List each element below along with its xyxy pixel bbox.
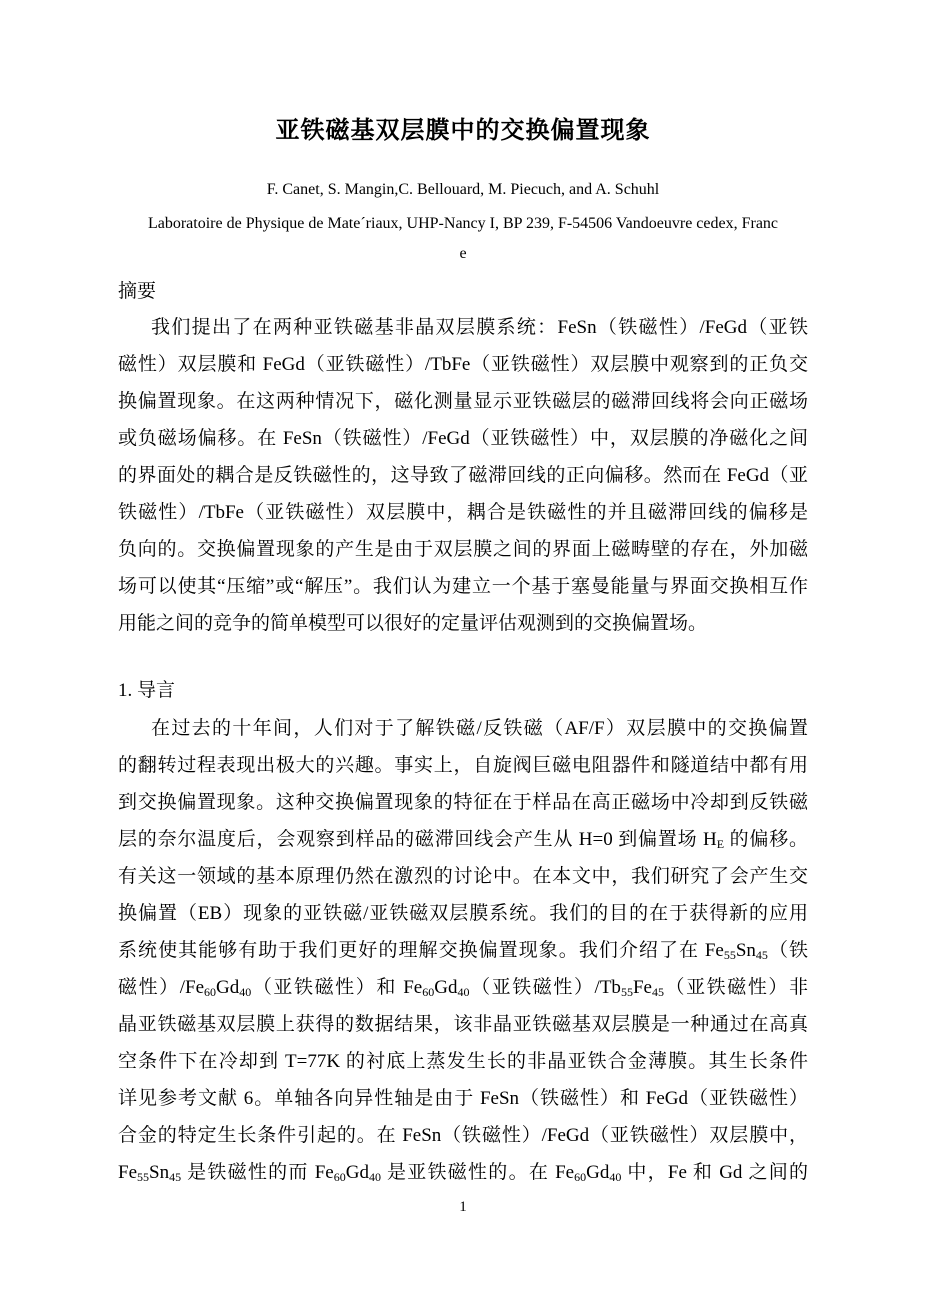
paragraph-line: 到交换偏置现象。这种交换偏置现象的特征在于样品在高正磁场中冷却到反铁磁 (118, 784, 808, 821)
subscript-text: 60 (574, 1170, 586, 1184)
paragraph-line: 用能之间的竞争的简单模型可以很好的定量评估观测到的交换偏置场。 (118, 605, 808, 642)
subscript-text: 45 (756, 948, 768, 962)
paragraph-line: 有关这一领域的基本原理仍然在激烈的讨论中。在本文中，我们研究了会产生交 (118, 858, 808, 895)
subscript-text: 40 (369, 1170, 381, 1184)
subscript-text: 55 (137, 1170, 149, 1184)
subscript-text: 45 (652, 985, 664, 999)
affiliation-overflow-line: e (118, 243, 808, 265)
paragraph-line: 铁磁性）/TbFe（亚铁磁性）双层膜中，耦合是铁磁性的并且磁滞回线的偏移是 (118, 494, 808, 531)
subscript-text: 40 (239, 985, 251, 999)
subscript-text: 40 (609, 1170, 621, 1184)
abstract-heading: 摘要 (118, 279, 808, 305)
introduction-paragraph: 在过去的十年间，人们对于了解铁磁/反铁磁（AF/F）双层膜中的交换偏置的翻转过程… (118, 710, 808, 1191)
paragraph-line: Fe55Sn45 是铁磁性的而 Fe60Gd40 是亚铁磁性的。在 Fe60Gd… (118, 1154, 808, 1191)
subscript-text: 60 (422, 985, 434, 999)
paragraph-line: 我们提出了在两种亚铁磁基非晶双层膜系统：FeSn（铁磁性）/FeGd（亚铁 (118, 309, 808, 346)
paragraph-line: 合金的特定生长条件引起的。在 FeSn（铁磁性）/FeGd（亚铁磁性）双层膜中， (118, 1117, 808, 1154)
affiliation-line: Laboratoire de Physique de Mate´riaux, U… (118, 213, 808, 235)
subscript-text: 60 (334, 1170, 346, 1184)
page-number: 1 (118, 1197, 808, 1218)
paragraph-line: 场可以使其“压缩”或“解压”。我们认为建立一个基于塞曼能量与界面交换相互作 (118, 568, 808, 605)
subscript-text: E (717, 837, 724, 851)
subscript-text: 55 (724, 948, 736, 962)
page-title: 亚铁磁基双层膜中的交换偏置现象 (118, 113, 808, 149)
paragraph-line: 在过去的十年间，人们对于了解铁磁/反铁磁（AF/F）双层膜中的交换偏置 (118, 710, 808, 747)
subscript-text: 45 (169, 1170, 181, 1184)
abstract-paragraph: 我们提出了在两种亚铁磁基非晶双层膜系统：FeSn（铁磁性）/FeGd（亚铁磁性）… (118, 309, 808, 642)
subscript-text: 55 (621, 985, 633, 999)
paragraph-line: 负向的。交换偏置现象的产生是由于双层膜之间的界面上磁畴壁的存在，外加磁 (118, 531, 808, 568)
paragraph-line: 系统使其能够有助于我们更好的理解交换偏置现象。我们介绍了在 Fe55Sn45（铁 (118, 932, 808, 969)
document-page: 亚铁磁基双层膜中的交换偏置现象 F. Canet, S. Mangin,C. B… (0, 0, 926, 1309)
subscript-text: 40 (457, 985, 469, 999)
subscript-text: 60 (204, 985, 216, 999)
authors-line: F. Canet, S. Mangin,C. Bellouard, M. Pie… (118, 179, 808, 201)
paragraph-line: 或负磁场偏移。在 FeSn（铁磁性）/FeGd（亚铁磁性）中，双层膜的净磁化之间 (118, 420, 808, 457)
paragraph-line: 晶亚铁磁基双层膜上获得的数据结果，该非晶亚铁磁基双层膜是一种通过在高真 (118, 1006, 808, 1043)
paragraph-line: 空条件下在冷却到 T=77K 的衬底上蒸发生长的非晶亚铁合金薄膜。其生长条件 (118, 1043, 808, 1080)
paragraph-line: 换偏置现象。在这两种情况下，磁化测量显示亚铁磁层的磁滞回线将会向正磁场 (118, 383, 808, 420)
paragraph-line: 换偏置（EB）现象的亚铁磁/亚铁磁双层膜系统。我们的目的在于获得新的应用 (118, 895, 808, 932)
paragraph-line: 层的奈尔温度后，会观察到样品的磁滞回线会产生从 H=0 到偏置场 HE 的偏移。 (118, 821, 808, 858)
paragraph-line: 的界面处的耦合是反铁磁性的，这导致了磁滞回线的正向偏移。然而在 FeGd（亚 (118, 457, 808, 494)
paragraph-line: 的翻转过程表现出极大的兴趣。事实上，自旋阀巨磁电阻器件和隧道结中都有用 (118, 747, 808, 784)
paragraph-line: 磁性）双层膜和 FeGd（亚铁磁性）/TbFe（亚铁磁性）双层膜中观察到的正负交 (118, 346, 808, 383)
paragraph-line: 磁性）/Fe60Gd40（亚铁磁性）和 Fe60Gd40（亚铁磁性）/Tb55F… (118, 969, 808, 1006)
section-heading-introduction: 1. 导言 (118, 678, 808, 704)
paragraph-line: 详见参考文献 6。单轴各向异性轴是由于 FeSn（铁磁性）和 FeGd（亚铁磁性… (118, 1080, 808, 1117)
